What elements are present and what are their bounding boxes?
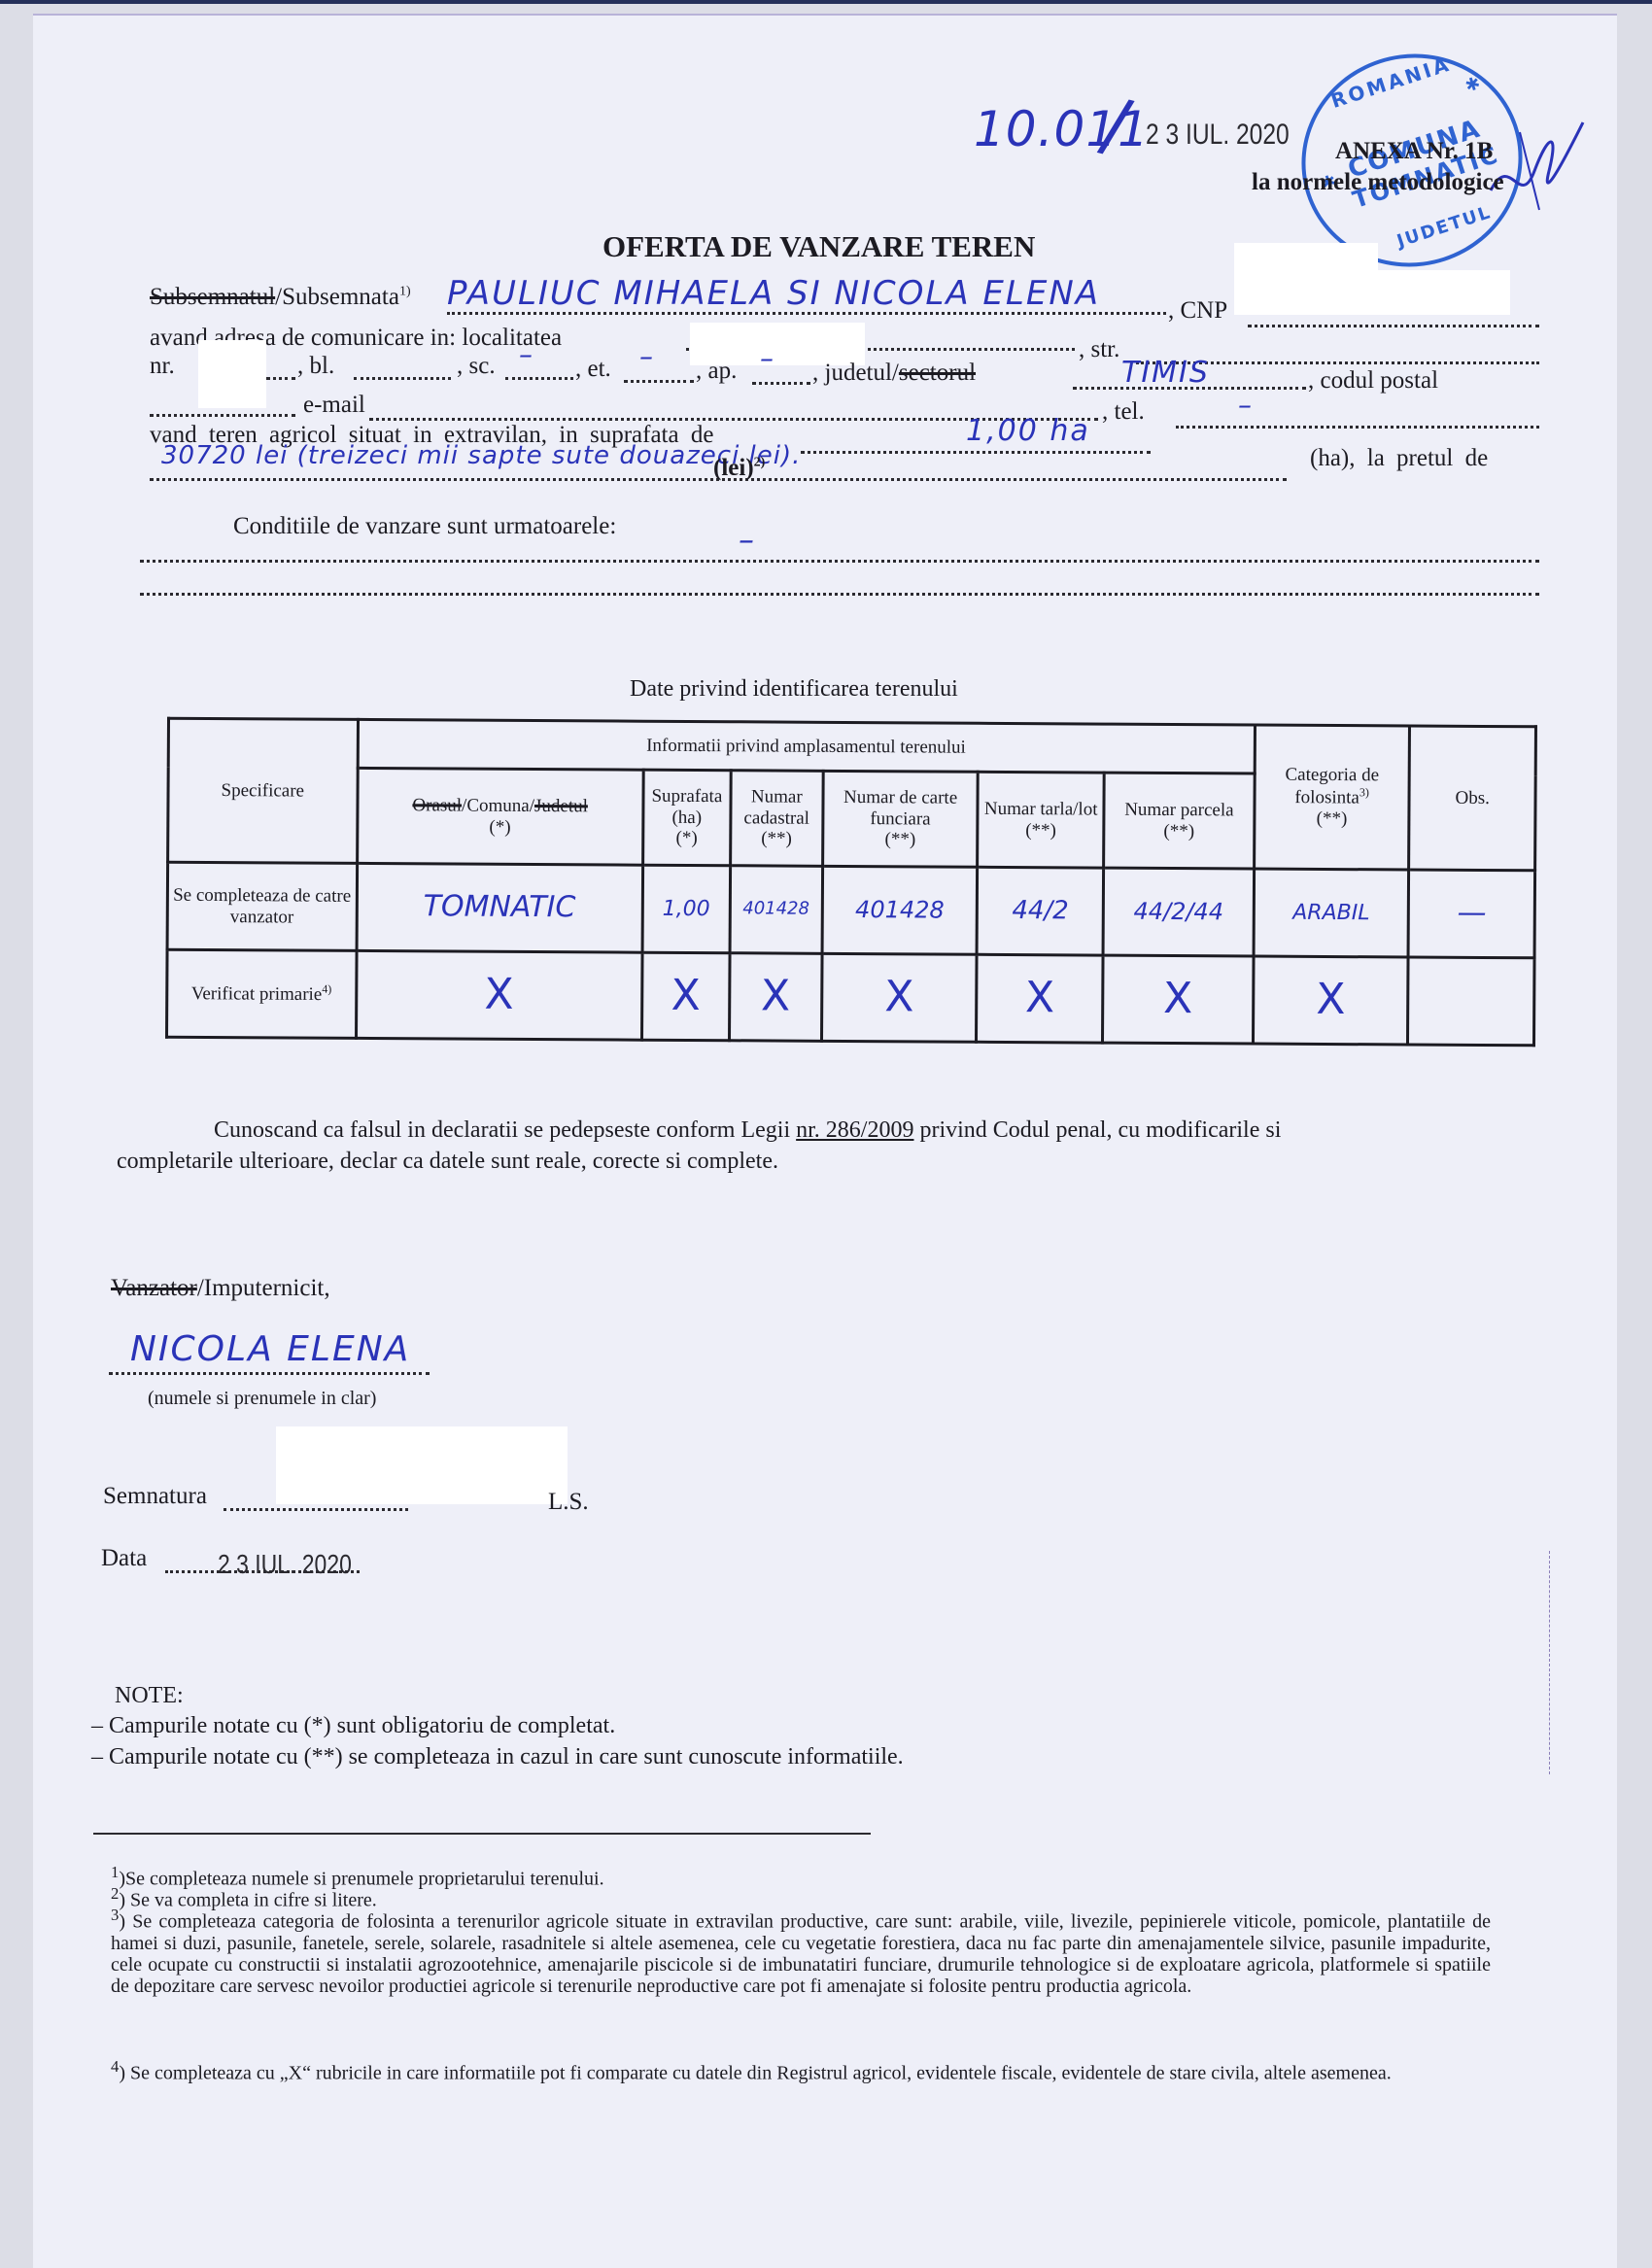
header-obs: Obs. (1409, 726, 1535, 871)
signature-label: Semnatura (103, 1483, 207, 1510)
redacted-area (1234, 243, 1378, 270)
signatory-role: Vanzator/Imputernicit, (111, 1275, 330, 1302)
county-label: , judetul/sectorul (812, 360, 976, 387)
role-label: /Imputernicit, (197, 1275, 330, 1301)
owner-name-field[interactable]: PAULIUC MIHAELA SI NICOLA ELENA (447, 274, 1100, 313)
signatory-name-field[interactable]: NICOLA ELENA (130, 1329, 410, 1369)
signatory-name-line (109, 1372, 430, 1375)
conditions-label: Conditiile de vanzare sunt urmatoarele: (233, 513, 616, 540)
column-note: (**) (1163, 820, 1194, 841)
postal-field[interactable] (150, 414, 295, 417)
row-label: Verificat primarie4) (167, 949, 357, 1038)
column-note: (**) (1025, 820, 1056, 841)
statement-text: privind Codul penal, cu modificarile si (913, 1117, 1281, 1143)
area-value: 1,00 ha (966, 414, 1090, 448)
street-label: , str. (1079, 336, 1119, 363)
sc-field[interactable] (505, 377, 573, 380)
struck-label: Judetul (534, 796, 588, 816)
bl-field[interactable] (354, 377, 451, 380)
owner-label: Subsemnatul/Subsemnata1) (150, 284, 411, 311)
struck-label: Vanzator (111, 1275, 197, 1301)
seal-county: JUDETUL (1394, 202, 1494, 252)
column-note: (*) (489, 816, 510, 837)
column-note: (*) (676, 828, 698, 848)
column-label: Numar cadastral (743, 786, 809, 828)
footnote-divider (93, 1833, 871, 1835)
price-unit: (lei)2) (713, 455, 765, 482)
struck-label: Orasul (412, 795, 462, 815)
column-note: (**) (884, 830, 915, 850)
cell-localitate[interactable]: TOMNATIC (357, 863, 643, 952)
footnote-ref: 4) (322, 982, 331, 996)
annex-title: ANEXA Nr. 1B (1335, 138, 1493, 165)
et-field[interactable] (624, 380, 694, 383)
check-localitate[interactable]: X (356, 950, 642, 1040)
cell-carte-funciara[interactable]: 401428 (822, 866, 978, 954)
signatory-name-hint: (numele si prenumele in clar) (148, 1388, 376, 1410)
county-label-text: , judetul/ (812, 360, 899, 386)
law-reference: nr. 286/2009 (796, 1117, 913, 1143)
postal-label: , codul postal (1308, 367, 1438, 395)
signature-field[interactable] (224, 1508, 408, 1511)
column-label: Numar de carte funciara (843, 787, 957, 829)
header-parcela: Numar parcela(**) (1104, 773, 1255, 869)
cell-parcela[interactable]: 44/2/44 (1103, 868, 1254, 956)
conditions-line-2[interactable] (140, 593, 1539, 596)
sc-value: – (519, 338, 534, 370)
cell-suprafata[interactable]: 1,00 (642, 865, 731, 953)
cell-tarla[interactable]: 44/2 (977, 867, 1103, 955)
price-value: 30720 lei (treizeci mii sapte sute douaz… (161, 441, 801, 470)
cnp-field[interactable] (1248, 325, 1539, 327)
statement-line-1: Cunoscand ca falsul in declaratii se ped… (214, 1117, 1535, 1144)
scan-top-edge (0, 0, 1652, 4)
document-title: OFERTA DE VANZARE TEREN (602, 229, 1035, 264)
header-categoria: Categoria de folosinta3)(**) (1254, 725, 1410, 870)
struck-label: Subsemnatul (150, 284, 275, 310)
redacted-nr (198, 340, 266, 408)
statement-text: Cunoscand ca falsul in declaratii se ped… (214, 1117, 796, 1143)
notes-list: – Campurile notate cu (*) sunt obligator… (91, 1710, 904, 1772)
statement-line-2: completarile ulterioare, declar ca datel… (117, 1149, 778, 1175)
sc-label: , sc. (457, 353, 496, 380)
seal-country: ROMANIA (1328, 52, 1455, 113)
area-unit: (ha), la pretul de (1310, 445, 1488, 472)
struck-label: sectorul (899, 360, 976, 386)
cell-obs[interactable]: — (1408, 870, 1534, 958)
redacted-cnp (1234, 270, 1510, 315)
date-stamp: 2 3 IUL. 2020 (218, 1549, 352, 1580)
header-carte-funciara: Numar de carte funciara(**) (822, 771, 978, 867)
nr-field[interactable] (266, 377, 295, 380)
cell-cadastral[interactable]: 401428 (730, 866, 822, 954)
footnote-ref: 2) (754, 456, 766, 470)
seal-star-icon: ✱ (1463, 73, 1483, 97)
column-note: (**) (1317, 808, 1348, 829)
tel-label: , tel. (1102, 398, 1145, 426)
redacted-signature (276, 1426, 568, 1504)
row-label: Se completeaza de catre vanzator (167, 862, 357, 950)
et-label: , et. (575, 356, 611, 383)
footnote-ref: 3) (1359, 785, 1369, 799)
ap-field[interactable] (752, 382, 810, 385)
footnote-text: ) Se completeaza cu „X“ rubricile in car… (119, 2063, 1391, 2084)
check-obs[interactable] (1408, 957, 1534, 1046)
note-item: – Campurile notate cu (**) se completeaz… (91, 1741, 904, 1772)
table-caption: Date privind identificarea terenului (630, 676, 958, 703)
cell-categoria[interactable]: ARABIL (1254, 869, 1409, 957)
area-field[interactable] (801, 451, 1151, 454)
conditions-line-1[interactable] (140, 560, 1539, 563)
land-identification-table: Specificare Informatii privind amplasame… (165, 717, 1537, 1048)
official-signature-scribble (1481, 113, 1588, 220)
check-carte-funciara[interactable]: X (821, 953, 977, 1042)
ap-value: – (760, 342, 775, 374)
county-value: TIMIS (1121, 356, 1210, 390)
annex-subtitle: la normele metodologice (1252, 169, 1504, 196)
nr-label: nr. (150, 353, 175, 380)
cnp-label: , CNP (1168, 297, 1227, 325)
column-label: /Comuna/ (462, 795, 534, 815)
footnote-3: 3) Se completeaza categoria de folosinta… (111, 1905, 1491, 1997)
tel-value: – (1238, 389, 1254, 421)
et-value: – (639, 340, 655, 372)
footnote-4: 4) Se completeaza cu „X“ rubricile in ca… (111, 2056, 1491, 2084)
tel-field[interactable] (1176, 426, 1539, 429)
registration-date-stamp: 2 3 IUL. 2020 (1146, 119, 1290, 152)
column-note: (**) (761, 829, 792, 849)
footnote-ref: 1) (399, 285, 411, 299)
header-specificare: Specificare (168, 718, 358, 863)
header-localitate: Orasul/Comuna/Judetul(*) (357, 768, 643, 865)
scan-fold-line (1549, 1551, 1551, 1774)
column-label: Suprafata (ha) (651, 785, 722, 827)
date-label: Data (101, 1545, 147, 1572)
note-item: – Campurile notate cu (*) sunt obligator… (91, 1710, 904, 1741)
bl-label: , bl. (297, 353, 334, 380)
header-cadastral: Numar cadastral(**) (730, 771, 823, 867)
header-group: Informatii privind amplasamentul terenul… (358, 719, 1256, 773)
table-row-vanzator: Se completeaza de catre vanzator TOMNATI… (167, 862, 1535, 958)
row-label-text: Verificat primarie (191, 983, 323, 1005)
check-cadastral[interactable]: X (729, 953, 821, 1042)
subject-label: /Subsemnata (275, 284, 399, 310)
column-label: Numar parcela (1124, 799, 1233, 820)
check-tarla[interactable]: X (977, 954, 1103, 1043)
conditions-value: – (739, 521, 756, 558)
document-page: 10.011 / 2 3 IUL. 2020 ROMANIA ✱ ✱ COMUN… (33, 14, 1617, 2268)
check-suprafata[interactable]: X (641, 952, 730, 1041)
ls-label: L.S. (548, 1489, 589, 1516)
table-row-primarie: Verificat primarie4) X X X X X X X (167, 949, 1535, 1046)
email-label: e-mail (303, 392, 365, 419)
footnote-text: ) Se completeaza categoria de folosinta … (111, 1911, 1491, 1997)
price-unit-text: (lei) (713, 455, 754, 481)
column-label: Numar tarla/lot (984, 798, 1098, 819)
check-categoria[interactable]: X (1253, 956, 1408, 1045)
header-tarla: Numar tarla/lot(**) (978, 772, 1104, 868)
notes-title: NOTE: (115, 1683, 184, 1709)
header-suprafata: Suprafata (ha)(*) (643, 770, 732, 866)
ap-label: , ap. (696, 358, 737, 385)
check-parcela[interactable]: X (1103, 955, 1254, 1044)
